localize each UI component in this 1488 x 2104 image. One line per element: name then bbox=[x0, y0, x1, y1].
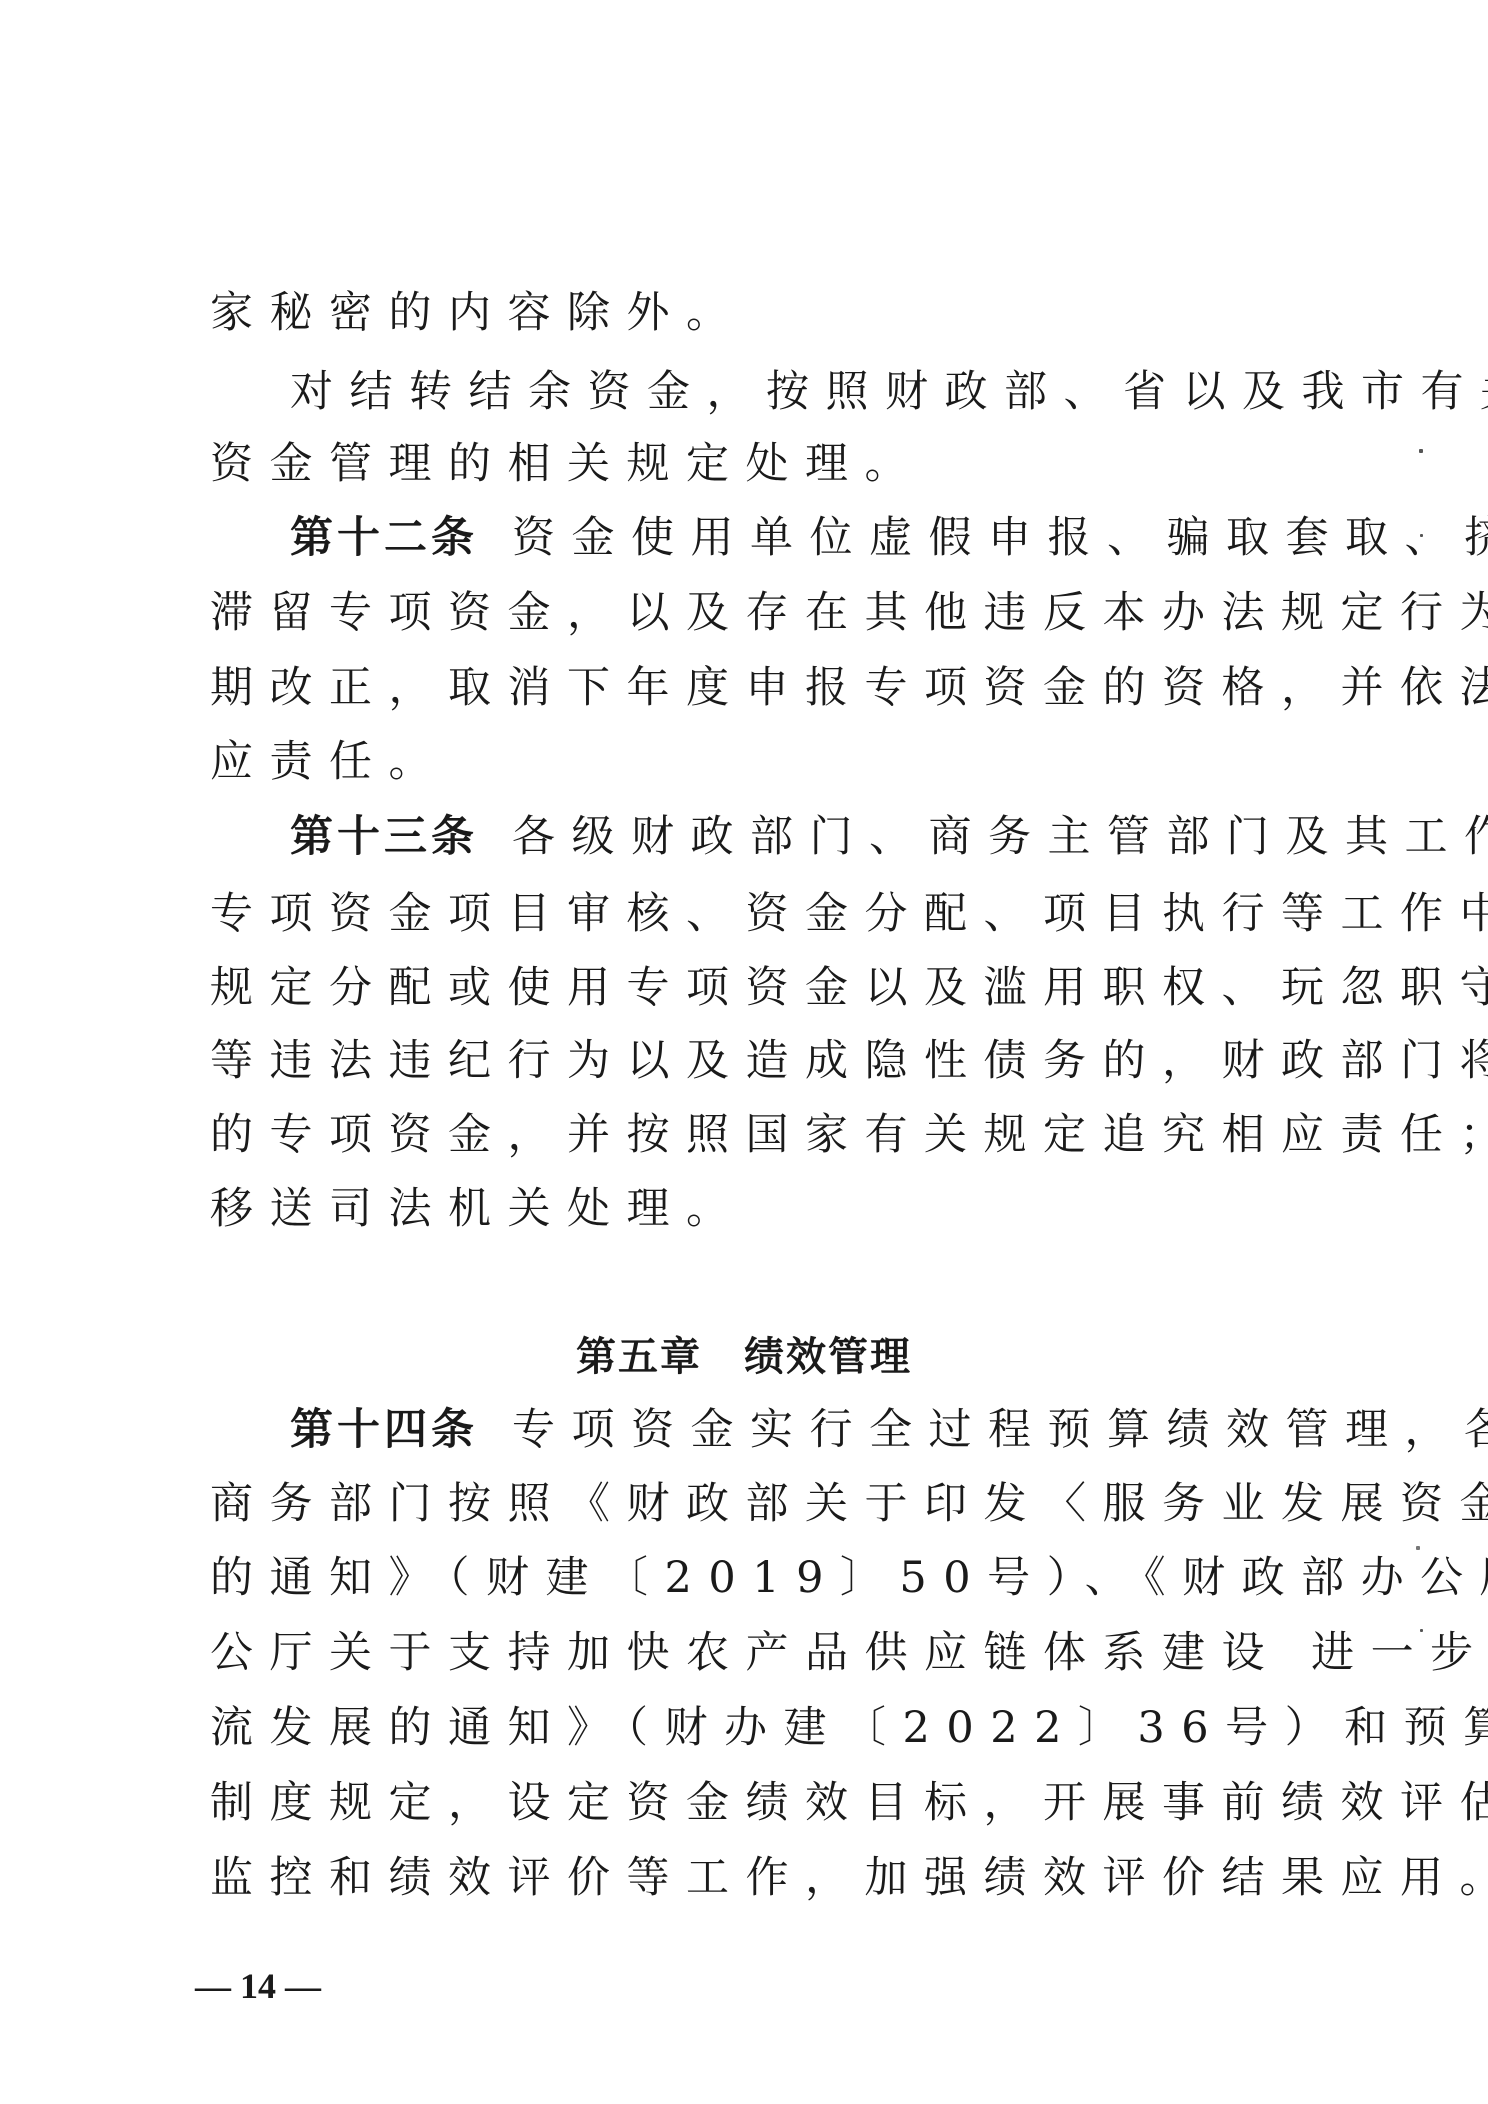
paragraph-line: 商务部门按照《财政部关于印发〈服务业发展资金管理办法〉 bbox=[210, 1474, 1310, 1534]
line-text: 移送司法机关处理。 bbox=[210, 1184, 746, 1234]
paragraph-line: 制度规定，设定资金绩效目标，开展事前绩效评估、绩效运行 bbox=[210, 1773, 1310, 1833]
paragraph-line: 期改正，取消下年度申报专项资金的资格，并依法依规追究相 bbox=[210, 658, 1310, 718]
line-text: 的专项资金，并按照国家有关规定追究相应责任；涉嫌犯罪的， bbox=[210, 1110, 1488, 1160]
paragraph-line: 对结转结余资金，按照财政部、省以及我市有关结转结余 bbox=[290, 362, 1390, 422]
paragraph-line: 流发展的通知》（财办建〔2022〕36号）和预算绩效管理相关 bbox=[210, 1698, 1310, 1758]
line-text: 资金管理的相关规定处理。 bbox=[210, 439, 924, 489]
paragraph-line: 移送司法机关处理。 bbox=[210, 1179, 1310, 1239]
page-number: — 14 — bbox=[195, 1966, 321, 2006]
paragraph-line: 的通知》（财建〔2019〕50号）、《财政部办公厅 商务部办 bbox=[210, 1548, 1310, 1608]
line-text: 对结转结余资金，按照财政部、省以及我市有关结转结余 bbox=[290, 367, 1488, 417]
paragraph-line: 应责任。 bbox=[210, 732, 1310, 792]
line-text: 应责任。 bbox=[210, 737, 448, 787]
paragraph-line: 监控和绩效评价等工作，加强绩效评价结果应用。 bbox=[210, 1848, 1310, 1908]
paragraph-line: 公厅关于支持加快农产品供应链体系建设 进一步促进冷链物 bbox=[210, 1623, 1310, 1683]
line-text: 流发展的通知》（财办建〔2022〕36号）和预算绩效管理相关 bbox=[210, 1703, 1488, 1753]
line-text: 家秘密的内容除外。 bbox=[210, 288, 746, 338]
paragraph-line: 专项资金项目审核、资金分配、项目执行等工作中，存在违反 bbox=[210, 884, 1310, 944]
paragraph-line: 家秘密的内容除外。 bbox=[210, 283, 1310, 343]
article-label: 第十二条 bbox=[290, 513, 478, 563]
article-label: 第十四条 bbox=[290, 1405, 478, 1455]
line-text: 规定分配或使用专项资金以及滥用职权、玩忽职守、徇私舞弊 bbox=[210, 963, 1488, 1013]
paragraph-line: 第十四条专项资金实行全过程预算绩效管理，各级财政、 bbox=[290, 1400, 1390, 1460]
paragraph-line: 第十三条各级财政部门、商务主管部门及其工作人员在 bbox=[290, 807, 1390, 867]
article-label: 第十三条 bbox=[290, 812, 478, 862]
line-text: 公厅关于支持加快农产品供应链体系建设 进一步促进冷链物 bbox=[210, 1628, 1488, 1678]
line-text: 滞留专项资金，以及存在其他违反本办法规定行为的，责令限 bbox=[210, 588, 1488, 638]
chapter-name: 绩效管理 bbox=[744, 1334, 912, 1380]
chapter-number: 第五章 bbox=[576, 1334, 702, 1380]
chapter-title: 第五章绩效管理 bbox=[0, 1327, 1488, 1387]
paragraph-line: 第十二条资金使用单位虚假申报、骗取套取、挤占挪用、 bbox=[290, 508, 1390, 568]
line-text: 监控和绩效评价等工作，加强绩效评价结果应用。 bbox=[210, 1853, 1488, 1903]
scan-speck bbox=[1419, 449, 1423, 453]
scan-speck bbox=[1416, 1546, 1420, 1550]
paragraph-line: 等违法违纪行为以及造成隐性债务的，财政部门将收回已安排 bbox=[210, 1031, 1310, 1091]
line-text: 专项资金实行全过程预算绩效管理，各级财政、 bbox=[512, 1405, 1488, 1455]
paragraph-line: 规定分配或使用专项资金以及滥用职权、玩忽职守、徇私舞弊 bbox=[210, 958, 1310, 1018]
line-text: 期改正，取消下年度申报专项资金的资格，并依法依规追究相 bbox=[210, 663, 1488, 713]
scan-speck bbox=[1420, 534, 1423, 537]
line-text: 专项资金项目审核、资金分配、项目执行等工作中，存在违反 bbox=[210, 889, 1488, 939]
line-text: 的通知》（财建〔2019〕50号）、《财政部办公厅 商务部办 bbox=[210, 1553, 1488, 1603]
line-text: 各级财政部门、商务主管部门及其工作人员在 bbox=[512, 812, 1488, 862]
scan-speck bbox=[1420, 1629, 1423, 1632]
paragraph-line: 的专项资金，并按照国家有关规定追究相应责任；涉嫌犯罪的， bbox=[210, 1105, 1310, 1165]
line-text: 等违法违纪行为以及造成隐性债务的，财政部门将收回已安排 bbox=[210, 1036, 1488, 1086]
line-text: 商务部门按照《财政部关于印发〈服务业发展资金管理办法〉 bbox=[210, 1479, 1488, 1529]
paragraph-line: 资金管理的相关规定处理。 bbox=[210, 434, 1310, 494]
paragraph-line: 滞留专项资金，以及存在其他违反本办法规定行为的，责令限 bbox=[210, 583, 1310, 643]
line-text: 资金使用单位虚假申报、骗取套取、挤占挪用、 bbox=[512, 513, 1488, 563]
line-text: 制度规定，设定资金绩效目标，开展事前绩效评估、绩效运行 bbox=[210, 1778, 1488, 1828]
